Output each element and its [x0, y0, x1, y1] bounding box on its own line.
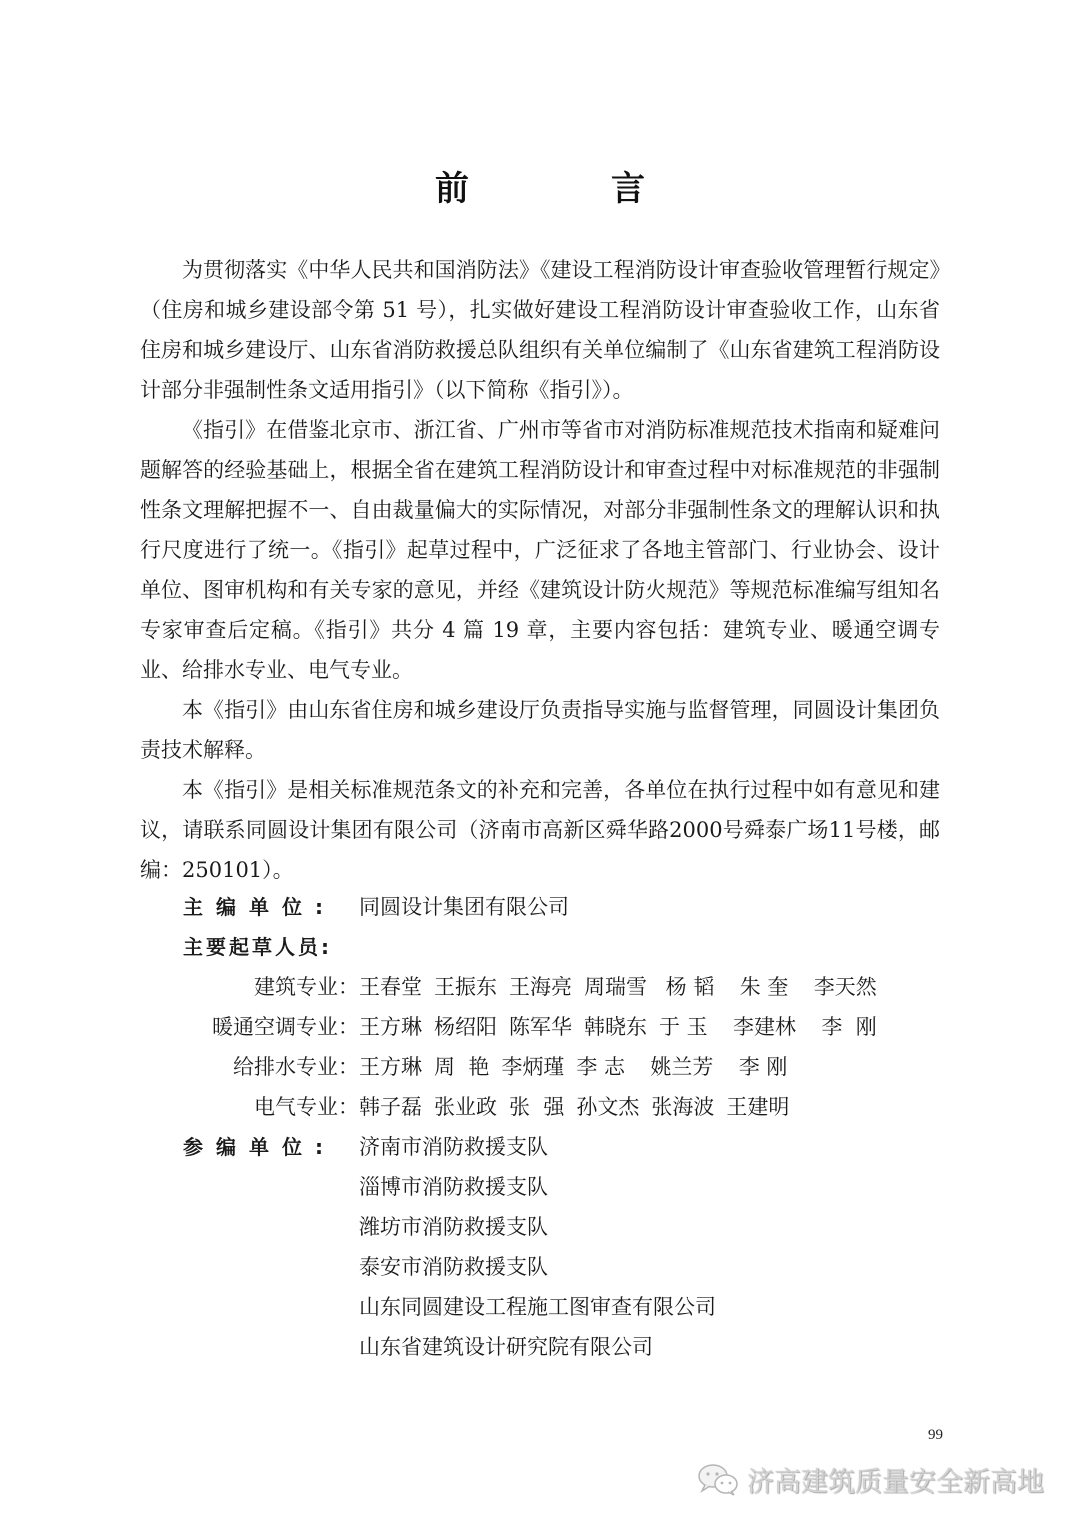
- drafter-group-architecture: 建筑专业： 王春堂 王振东 王海亮 周瑞雪 杨 韬 朱 奎 李天然: [183, 967, 889, 1007]
- page-number: 99: [928, 1427, 943, 1444]
- drafter-name: 陈军华: [509, 1007, 572, 1047]
- drafter-specialty: 建筑专业：: [183, 967, 359, 1007]
- drafter-name: 杨 韬: [659, 967, 721, 1007]
- drafter-name: 孙文杰: [576, 1087, 639, 1127]
- drafter-group-electrical: 电气专业： 韩子磊 张业政 张 强 孙文杰 张海波 王建明: [183, 1087, 889, 1127]
- drafter-name: 王方琳: [359, 1007, 422, 1047]
- drafters-label: 主要起草人员:: [183, 927, 332, 967]
- drafter-name: 姚兰芳: [644, 1047, 720, 1087]
- drafter-name: 李 刚: [815, 1007, 877, 1047]
- page-title: 前 言: [0, 161, 1080, 210]
- drafter-names: 王方琳 周 艳 李炳瑾 李 志 姚兰芳 李 刚: [359, 1047, 799, 1087]
- body-text: 为贯彻落实《中华人民共和国消防法》《建设工程消防设计审查验收管理暂行规定》（住房…: [140, 250, 940, 890]
- drafter-name: 张业政: [434, 1087, 497, 1127]
- participating-units-row: 参编单位: 济南市消防救援支队 淄博市消防救援支队 潍坊市消防救援支队 泰安市消…: [183, 1127, 889, 1367]
- watermark-text: 济高建筑质量安全新高地: [747, 1460, 1044, 1499]
- drafter-name: 王春堂: [359, 967, 422, 1007]
- drafter-name: 于 玉: [659, 1007, 714, 1047]
- participating-units-label: 参编单位:: [183, 1127, 359, 1367]
- drafter-name: 王方琳: [359, 1047, 422, 1087]
- participating-unit: 淄博市消防救援支队: [359, 1167, 716, 1207]
- drafter-specialty: 电气专业：: [183, 1087, 359, 1127]
- chief-editor-label: 主编单位:: [183, 887, 359, 927]
- credits-block: 主编单位: 同圆设计集团有限公司 主要起草人员: 建筑专业： 王春堂 王振东 王…: [183, 887, 889, 1367]
- drafter-name: 杨绍阳: [434, 1007, 497, 1047]
- drafter-specialty: 暖通空调专业：: [183, 1007, 359, 1047]
- chief-editor-row: 主编单位: 同圆设计集团有限公司: [183, 887, 889, 927]
- drafter-name: 李 志: [576, 1047, 631, 1087]
- drafter-name: 王海亮: [509, 967, 572, 1007]
- drafter-name: 韩子磊: [359, 1087, 422, 1127]
- drafter-group-plumbing: 给排水专业： 王方琳 周 艳 李炳瑾 李 志 姚兰芳 李 刚: [183, 1047, 889, 1087]
- participating-unit: 济南市消防救援支队: [359, 1127, 716, 1167]
- drafter-name: 张海波: [651, 1087, 714, 1127]
- drafter-names: 王方琳 杨绍阳 陈军华 韩晓东 于 玉 李建林 李 刚: [359, 1007, 889, 1047]
- drafter-name: 朱 奎: [733, 967, 795, 1007]
- drafter-name: 李天然: [807, 967, 877, 1007]
- drafter-name: 周 艳: [434, 1047, 489, 1087]
- drafters-heading-row: 主要起草人员:: [183, 927, 889, 967]
- drafter-name: 王振东: [434, 967, 497, 1007]
- paragraph-contact: 本《指引》是相关标准规范条文的补充和完善，各单位在执行过程中如有意见和建议，请联…: [140, 770, 940, 890]
- participating-unit: 山东同圆建设工程施工图审查有限公司: [359, 1287, 716, 1327]
- drafter-names: 王春堂 王振东 王海亮 周瑞雪 杨 韬 朱 奎 李天然: [359, 967, 889, 1007]
- participating-unit: 泰安市消防救援支队: [359, 1247, 716, 1287]
- drafter-name: 周瑞雪: [584, 967, 647, 1007]
- drafter-name: 李炳瑾: [501, 1047, 564, 1087]
- participating-unit: 山东省建筑设计研究院有限公司: [359, 1327, 716, 1367]
- drafter-names: 韩子磊 张业政 张 强 孙文杰 张海波 王建明: [359, 1087, 801, 1127]
- drafter-name: 韩晓东: [584, 1007, 647, 1047]
- participating-units-list: 济南市消防救援支队 淄博市消防救援支队 潍坊市消防救援支队 泰安市消防救援支队 …: [359, 1127, 716, 1367]
- participating-unit: 潍坊市消防救援支队: [359, 1207, 716, 1247]
- drafter-name: 张 强: [509, 1087, 564, 1127]
- paragraph-purpose: 为贯彻落实《中华人民共和国消防法》《建设工程消防设计审查验收管理暂行规定》（住房…: [140, 250, 940, 410]
- wechat-icon: [697, 1463, 741, 1497]
- drafter-specialty: 给排水专业：: [183, 1047, 359, 1087]
- drafter-name: 王建明: [726, 1087, 789, 1127]
- drafter-name: 李 刚: [732, 1047, 787, 1087]
- paragraph-background: 《指引》在借鉴北京市、浙江省、广州市等省市对消防标准规范技术指南和疑难问题解答的…: [140, 410, 940, 690]
- paragraph-responsibility: 本《指引》由山东省住房和城乡建设厅负责指导实施与监督管理，同圆设计集团负责技术解…: [140, 690, 940, 770]
- drafter-group-hvac: 暖通空调专业： 王方琳 杨绍阳 陈军华 韩晓东 于 玉 李建林 李 刚: [183, 1007, 889, 1047]
- chief-editor-value: 同圆设计集团有限公司: [359, 887, 569, 927]
- drafter-name: 李建林: [726, 1007, 802, 1047]
- watermark: 济高建筑质量安全新高地: [697, 1460, 1044, 1499]
